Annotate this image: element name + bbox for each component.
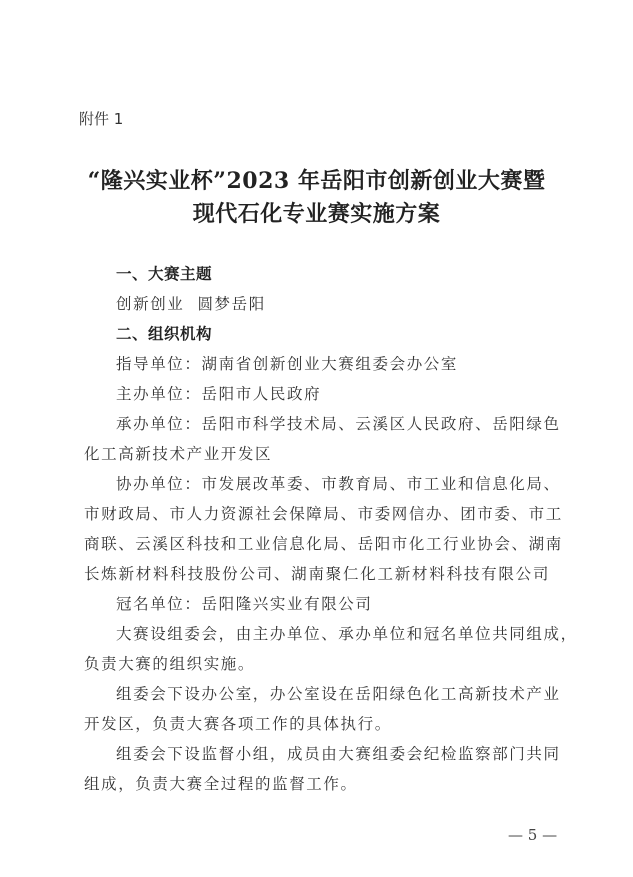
document-title-line-2: 现代石化专业赛实施方案 bbox=[0, 197, 633, 228]
section-heading-theme: 一、大赛主题 bbox=[116, 262, 586, 284]
supervision-para-line-2: 组成，负责大赛全过程的监督工作。 bbox=[84, 772, 554, 794]
organizer-unit-line-1: 承办单位：岳阳市科学技术局、云溪区人民政府、岳阳绿色 bbox=[116, 412, 554, 434]
co-organizer-line-2: 市财政局、市人力资源社会保障局、市委网信办、团市委、市工 bbox=[84, 502, 556, 524]
co-organizer-line-4: 长炼新材料科技股份公司、湖南聚仁化工新材料科技有限公司 bbox=[84, 562, 550, 584]
committee-para-line-2: 负责大赛的组织实施。 bbox=[84, 652, 554, 674]
office-para-line-1: 组委会下设办公室，办公室设在岳阳绿色化工高新技术产业 bbox=[116, 682, 556, 704]
title-sponsor-unit: 冠名单位：岳阳隆兴实业有限公司 bbox=[116, 592, 586, 614]
page-number: — 5 — bbox=[508, 826, 557, 844]
office-para-line-2: 开发区，负责大赛各项工作的具体执行。 bbox=[84, 712, 554, 734]
guiding-unit: 指导单位：湖南省创新创业大赛组委会办公室 bbox=[116, 352, 586, 374]
theme-text: 创新创业 圆梦岳阳 bbox=[116, 292, 586, 314]
supervision-para-line-1: 组委会下设监督小组，成员由大赛组委会纪检监察部门共同 bbox=[116, 742, 556, 764]
organizer-unit-line-2: 化工高新技术产业开发区 bbox=[84, 442, 554, 464]
section-heading-organization: 二、组织机构 bbox=[116, 322, 586, 344]
document-title-line-1: “隆兴实业杯”2023 年岳阳市创新创业大赛暨 bbox=[0, 164, 633, 195]
attachment-label: 附件 1 bbox=[79, 108, 123, 129]
host-unit: 主办单位：岳阳市人民政府 bbox=[116, 382, 586, 404]
co-organizer-line-1: 协办单位：市发展改革委、市教育局、市工业和信息化局、 bbox=[116, 472, 556, 494]
co-organizer-line-3: 商联、云溪区科技和工业信息化局、岳阳市化工行业协会、湖南 bbox=[84, 532, 556, 554]
committee-para-line-1: 大赛设组委会，由主办单位、承办单位和冠名单位共同组成， bbox=[116, 622, 556, 644]
